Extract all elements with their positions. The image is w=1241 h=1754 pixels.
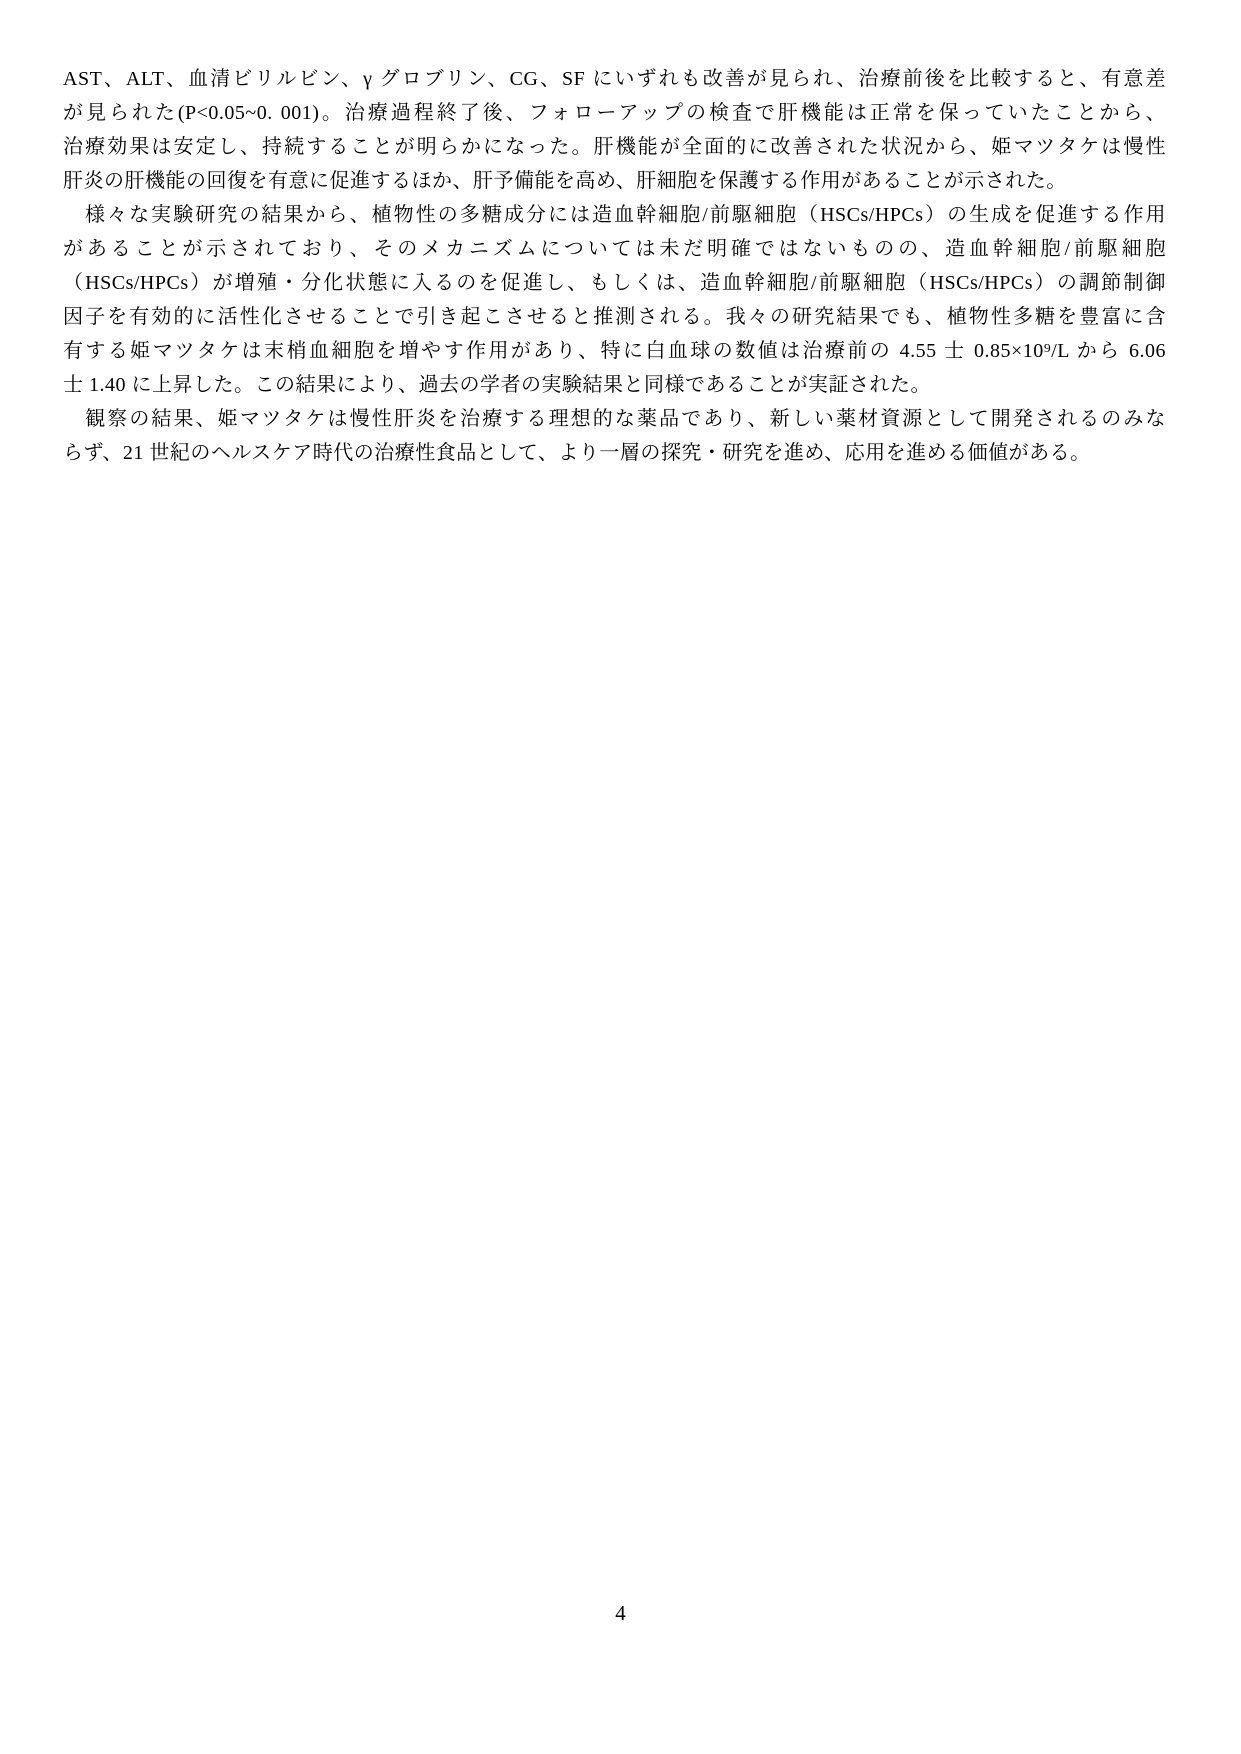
text-line: 肝炎の肝機能の回復を有意に促進するほか、肝予備能を高め、肝細胞を保護する作用があ… [63, 164, 1166, 198]
text-line: AST、ALT、血清ビリルビン、γ グロブリン、CG、SF にいずれも改善が見ら… [63, 62, 1166, 96]
page-footer: 4 [0, 1598, 1241, 1628]
page-number: 4 [615, 1601, 626, 1625]
text-line: 観察の結果、姫マツタケは慢性肝炎を治療する理想的な薬品であり、新しい薬材資源とし… [63, 402, 1166, 436]
text-line: があることが示されており、そのメカニズムについては未だ明確ではないものの、造血幹… [63, 232, 1166, 266]
text-line: 有する姫マツタケは末梢血細胞を増やす作用があり、特に白血球の数値は治療前の 4.… [63, 334, 1166, 368]
text-line: 士 1.40 に上昇した。この結果により、過去の学者の実験結果と同様であることが… [63, 368, 1166, 402]
text-line: が見られた(P<0.05~0. 001)。治療過程終了後、フォローアップの検査で… [63, 96, 1166, 130]
text-line: 様々な実験研究の結果から、植物性の多糖成分には造血幹細胞/前駆細胞（HSCs/H… [63, 198, 1166, 232]
text-line: 治療効果は安定し、持続することが明らかになった。肝機能が全面的に改善された状況か… [63, 130, 1166, 164]
document-body-text: AST、ALT、血清ビリルビン、γ グロブリン、CG、SF にいずれも改善が見ら… [63, 62, 1166, 470]
document-page: AST、ALT、血清ビリルビン、γ グロブリン、CG、SF にいずれも改善が見ら… [0, 0, 1241, 1754]
text-line: （HSCs/HPCs）が増殖・分化状態に入るのを促進し、もしくは、造血幹細胞/前… [63, 266, 1166, 300]
text-line: らず、21 世紀のヘルスケア時代の治療性食品として、より一層の探究・研究を進め、… [63, 436, 1166, 470]
text-line: 因子を有効的に活性化させることで引き起こさせると推測される。我々の研究結果でも、… [63, 300, 1166, 334]
